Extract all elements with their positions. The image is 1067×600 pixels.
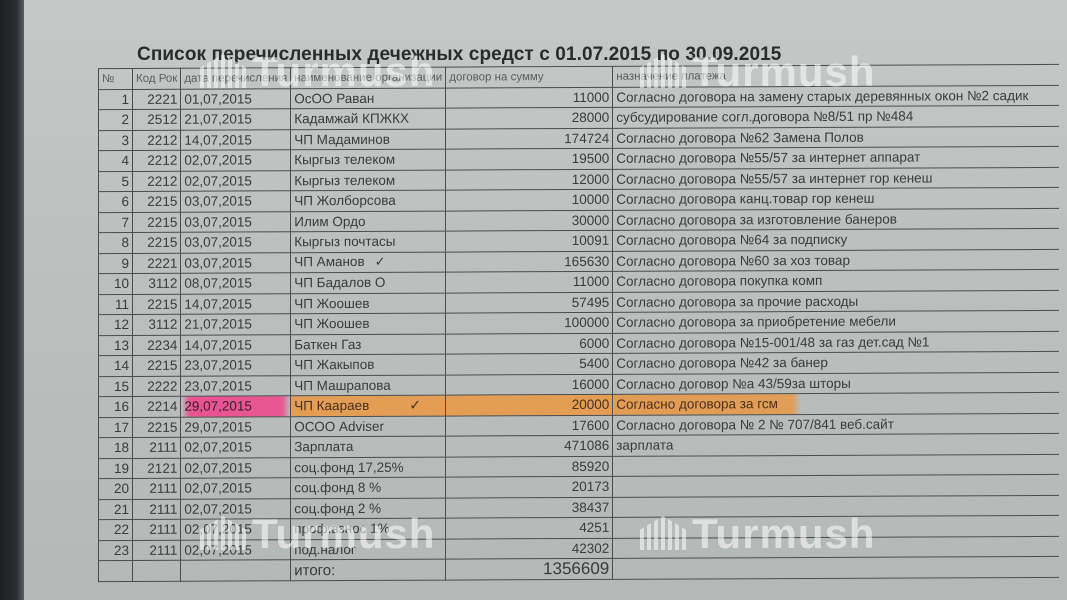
row-purpose: зарплата [613, 433, 1060, 455]
row-date: 03,07,2015 [181, 211, 291, 232]
row-no: 6 [99, 191, 133, 212]
row-org: соц.фонд 2 % [291, 498, 446, 519]
row-org: Илим Ордо [291, 211, 446, 232]
row-org: соц.фонд 17,25% [291, 457, 446, 478]
row-code: 2215 [133, 212, 181, 233]
row-date: 02,07,2015 [181, 478, 291, 499]
row-org: ЧП Машрапова [291, 375, 446, 396]
row-date: 03,07,2015 [181, 232, 291, 253]
total-value: 1356609 [446, 558, 613, 580]
row-date: 14,07,2015 [181, 293, 291, 314]
row-purpose: Согласно договора №55/57 за интернет апп… [613, 146, 1060, 168]
row-sum: 57495 [446, 292, 613, 313]
row-no: 12 [99, 314, 133, 335]
row-date: 29,07,2015 [181, 416, 291, 437]
row-org: ОСОО Adviser [291, 416, 446, 437]
row-code: 3112 [133, 273, 181, 294]
row-no: 4 [99, 150, 133, 171]
row-no: 16 [99, 396, 133, 417]
row-purpose: Согласно договора №60 за хоз товар [613, 249, 1060, 271]
row-code: 2222 [133, 376, 181, 397]
row-date: 01,07,2015 [181, 88, 291, 109]
row-code: 2214 [133, 396, 181, 417]
row-org: ЧП Жоошев [291, 293, 446, 314]
row-org: Кыргыз телеком [291, 149, 446, 170]
row-org: ЧП Жоошев [291, 313, 446, 334]
row-no: 14 [99, 355, 133, 376]
row-no: 2 [99, 109, 133, 130]
row-purpose: Согласно договора канц.товар гор кенеш [613, 187, 1060, 209]
payments-table: № Код Рок дата перечисления наименование… [98, 64, 1059, 582]
row-sum: 165630 [446, 251, 613, 272]
row-sum: 11000 [446, 271, 613, 292]
row-purpose: Согласно договора за изготовление банеро… [613, 208, 1060, 230]
row-date: 02,07,2015 [181, 457, 291, 478]
row-no: 22 [99, 519, 133, 540]
row-code: 2111 [133, 437, 181, 458]
document-title: Список перечисленных дечежных средст с 0… [137, 44, 781, 66]
row-code: 2111 [133, 519, 181, 540]
row-code: 2212 [133, 171, 181, 192]
row-date: 03,07,2015 [181, 191, 291, 212]
row-date: 02,07,2015 [181, 170, 291, 191]
row-sum: 30000 [446, 210, 613, 231]
row-purpose: Согласно договора за прочие расходы [613, 290, 1060, 312]
row-purpose: Согласно договора за приобретение мебели [613, 310, 1060, 332]
row-org: Баткен Газ [291, 334, 446, 355]
row-org: проф.взнос 1% [291, 518, 446, 539]
row-code: 2215 [133, 191, 181, 212]
row-no: 1 [99, 89, 133, 110]
row-sum: 17600 [446, 415, 613, 436]
row-purpose: Согласно договора № 2 № 707/841 веб.сайт [613, 413, 1060, 435]
total-label: итого: [291, 559, 446, 581]
row-no: 11 [99, 294, 133, 315]
row-org: ЧП Жолборсова [291, 190, 446, 211]
row-code: 2215 [133, 294, 181, 315]
row-no: 23 [99, 540, 133, 561]
col-header-org: наименование организации [291, 67, 446, 88]
row-purpose [613, 474, 1060, 496]
row-code: 2111 [133, 540, 181, 561]
row-purpose: Согласно договора на замену старых дерев… [613, 85, 1060, 107]
row-org: ЧП Мадаминов [291, 129, 446, 150]
row-no: 20 [99, 478, 133, 499]
row-no: 8 [99, 232, 133, 253]
row-code: 2215 [133, 417, 181, 438]
row-purpose: Согласно договора за гсм [613, 392, 1060, 414]
row-org: Кадамжай КПЖКХ [291, 108, 446, 129]
row-org: ЧП Каараев✓ [291, 395, 446, 416]
handwritten-check-icon: ✓ [409, 397, 421, 413]
row-date: 02,07,2015 [181, 539, 291, 560]
row-sum: 6000 [446, 333, 613, 354]
row-date: 14,07,2015 [181, 334, 291, 355]
row-sum: 42302 [446, 538, 613, 559]
row-purpose: субсудирование согл.договора №8/51 пр №4… [613, 105, 1060, 127]
row-no: 7 [99, 212, 133, 233]
row-purpose: Согласно договор №а 43/59за шторы [613, 372, 1060, 394]
row-sum: 10000 [446, 189, 613, 210]
row-org: Кыргыз почтасы [291, 231, 446, 252]
row-sum: 471086 [446, 435, 613, 456]
row-date: 21,07,2015 [181, 109, 291, 130]
row-no: 15 [99, 376, 133, 397]
row-code: 2512 [133, 109, 181, 130]
row-purpose: Согласно договора №55/57 за интернет гор… [613, 167, 1060, 189]
row-purpose [613, 536, 1060, 558]
row-sum: 12000 [446, 169, 613, 190]
row-date: 02,07,2015 [181, 498, 291, 519]
row-sum: 85920 [446, 456, 613, 477]
col-header-sum: договор на сумму [446, 66, 613, 87]
col-header-date: дата перечисления [181, 68, 291, 89]
row-date: 23,07,2015 [181, 375, 291, 396]
row-sum: 4251 [446, 517, 613, 538]
row-sum: 100000 [446, 312, 613, 333]
row-no: 3 [99, 130, 133, 151]
row-org: ЧП Бадалов О [291, 272, 446, 293]
row-purpose [613, 515, 1060, 537]
row-purpose: Согласно договора №15-001/48 за газ дет.… [613, 331, 1060, 353]
row-sum: 174724 [446, 128, 613, 149]
row-date: 23,07,2015 [181, 355, 291, 376]
row-date: 08,07,2015 [181, 273, 291, 294]
row-purpose [613, 495, 1060, 517]
row-code: 2111 [133, 499, 181, 520]
row-purpose: Согласно договора №42 за банер [613, 351, 1060, 373]
row-sum: 28000 [446, 107, 613, 128]
row-no: 5 [99, 171, 133, 192]
row-no: 10 [99, 273, 133, 294]
row-code: 2212 [133, 130, 181, 151]
row-sum: 10091 [446, 230, 613, 251]
photo-dark-edge [0, 0, 24, 600]
row-purpose [613, 454, 1060, 476]
row-code: 2212 [133, 150, 181, 171]
row-sum: 38437 [446, 497, 613, 518]
row-code: 2215 [133, 355, 181, 376]
row-code: 2121 [133, 458, 181, 479]
row-date: 02,07,2015 [181, 437, 291, 458]
row-org: ОсОО Раван [291, 88, 446, 109]
row-date: 29,07,2015 [181, 396, 291, 417]
row-org: ЧП Аманов✓ [291, 252, 446, 273]
row-code: 2221 [133, 253, 181, 274]
row-no: 13 [99, 335, 133, 356]
total-row: итого: 1356609 [99, 556, 1060, 581]
row-no: 18 [99, 437, 133, 458]
row-sum: 11000 [446, 87, 613, 108]
row-org: под.налог [291, 539, 446, 560]
row-sum: 5400 [446, 353, 613, 374]
row-code: 2221 [133, 89, 181, 110]
row-date: 03,07,2015 [181, 252, 291, 273]
row-no: 19 [99, 458, 133, 479]
row-sum: 20000 [446, 394, 613, 415]
row-sum: 16000 [446, 374, 613, 395]
col-header-purpose: назначение платежа [613, 64, 1060, 86]
row-no: 17 [99, 417, 133, 438]
row-purpose: Согласно договора №64 за подписку [613, 228, 1060, 250]
col-header-no: № [99, 68, 133, 89]
row-code: 2111 [133, 478, 181, 499]
row-purpose: Согласно договора покупка комп [613, 269, 1060, 291]
row-date: 21,07,2015 [181, 314, 291, 335]
row-date: 02,07,2015 [181, 150, 291, 171]
row-org: соц.фонд 8 % [291, 477, 446, 498]
row-org: Кыргыз телеком [291, 170, 446, 191]
row-sum: 20173 [446, 476, 613, 497]
row-code: 2215 [133, 232, 181, 253]
row-code: 2234 [133, 335, 181, 356]
row-date: 02,07,2015 [181, 519, 291, 540]
row-org: Зарплата [291, 436, 446, 457]
row-org: ЧП Жакыпов [291, 354, 446, 375]
row-date: 14,07,2015 [181, 129, 291, 150]
row-sum: 19500 [446, 148, 613, 169]
row-purpose: Согласно договора №62 Замена Полов [613, 126, 1060, 148]
row-code: 3112 [133, 314, 181, 335]
row-no: 21 [99, 499, 133, 520]
col-header-code: Код Рок [133, 68, 181, 89]
row-no: 9 [99, 253, 133, 274]
handwritten-tick-icon: ✓ [375, 254, 386, 269]
